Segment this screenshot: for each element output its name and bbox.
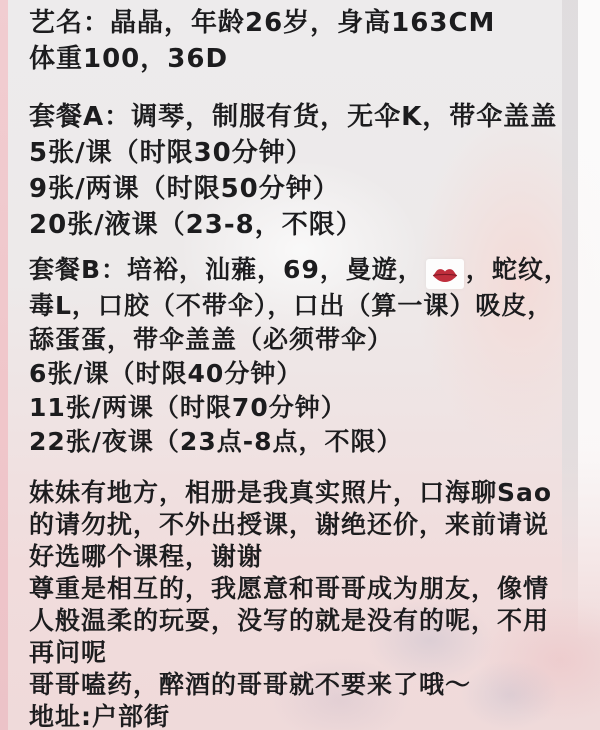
notes-line-1: 妹妹有地方，相册是我真实照片，口海聊Sao [29,477,582,509]
notes-line-2: 的请勿扰，不外出授课，谢绝还价，来前请说 [29,509,582,541]
notes-line-7: 哥哥嗑药，醉酒的哥哥就不要来了哦～ [29,669,582,701]
package-a-header: 套餐A：调琴，制服有货，无伞K，带伞盖盖 [29,99,582,135]
weight-cup-line: 体重100，36D [29,41,582,77]
notes-line-6: 再问呢 [29,637,582,669]
package-b-header-line-3: 舔蛋蛋，带伞盖盖（必须带伞） [29,323,582,357]
package-b-header-line-2: 毒L，口胶（不带伞），口出（算一课）吸皮， [29,289,582,323]
package-a-price-3: 20张/液课（23-8，不限） [29,207,582,243]
notes-line-4: 尊重是相互的，我愿意和哥哥成为朋友，像情 [29,573,582,605]
address-line: 地址:户部街 [29,701,582,730]
package-a-price-2: 9张/两课（时限50分钟） [29,171,582,207]
artist-name-line: 艺名：晶晶，年龄26岁，身高163CM [29,5,582,41]
flyer-page: 艺名：晶晶，年龄26岁，身高163CM 体重100，36D 套餐A：调琴，制服有… [0,0,600,730]
package-b-price-1: 6张/课（时限40分钟） [29,357,582,391]
package-b-price-3: 22张/夜课（23点-8点，不限） [29,425,582,459]
notes-line-5: 人般温柔的玩耍，没写的就是没有的呢，不用 [29,605,582,637]
package-b-header-before: 套餐B：培裕，汕蕥，69，曼遊， [29,255,424,284]
package-b-header-after: ，蛇纹， [466,255,570,284]
package-b-header-line-1: 套餐B：培裕，汕蕥，69，曼遊，，蛇纹， [29,253,582,289]
kiss-lips-icon [426,259,464,289]
notes-line-3: 好选哪个课程，谢谢 [29,541,582,573]
package-a-price-1: 5张/课（时限30分钟） [29,135,582,171]
package-b-price-2: 11张/两课（时限70分钟） [29,391,582,425]
flyer-text: 艺名：晶晶，年龄26岁，身高163CM 体重100，36D 套餐A：调琴，制服有… [0,0,600,730]
